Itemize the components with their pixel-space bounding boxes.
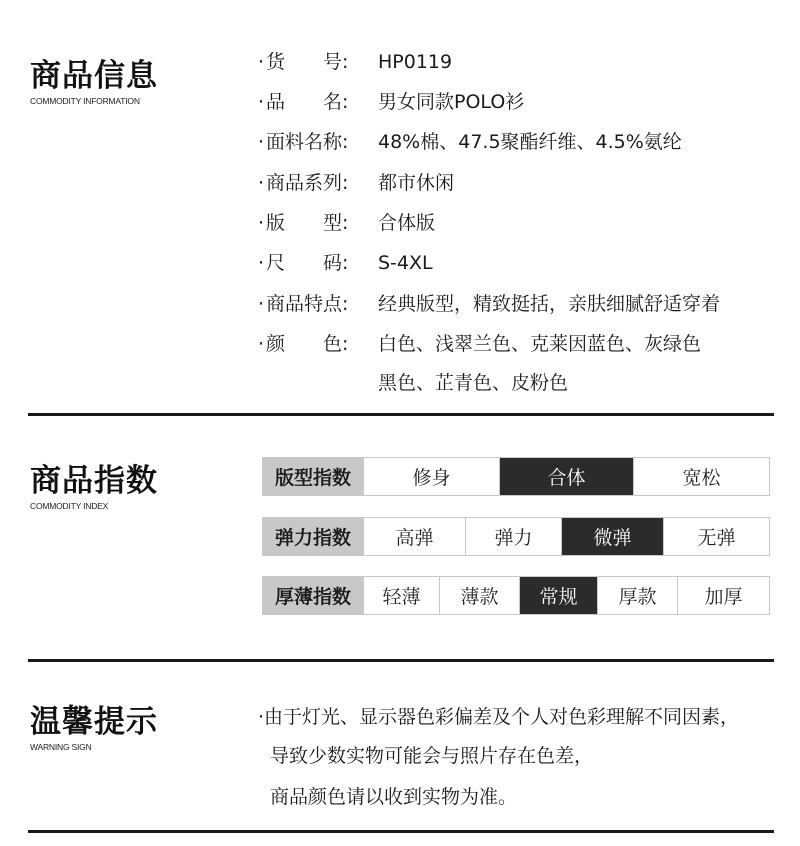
section-subtitle-info: COMMODITY INFORMATION [30, 96, 140, 106]
warning-line-1: ·由于灯光、显示器色彩偏差及个人对色彩理解不同因素， [258, 702, 739, 729]
index-option-regular-selected: 合体 [499, 458, 633, 495]
info-label: 面料名称: [266, 129, 378, 155]
info-row-features: ·商品特点:经典版型，精致挺括，亲肤细腻舒适穿着 [258, 291, 720, 317]
info-value: S-4XL [378, 250, 433, 276]
index-label: 版型指数 [263, 458, 363, 495]
bullet: · [258, 250, 266, 276]
info-value: 48%棉、47.5聚酯纤维、4.5%氨纶 [378, 129, 682, 155]
section-title-index: 商品指数 [30, 455, 158, 500]
bullet: · [258, 331, 266, 357]
info-label: 商品特点: [266, 291, 378, 317]
info-label: 尺 码: [266, 250, 378, 276]
bullet: · [258, 170, 266, 196]
bullet: · [258, 291, 266, 317]
bullet: · [258, 210, 266, 236]
index-option-light-thin: 轻薄 [363, 577, 439, 614]
bullet: · [258, 49, 266, 75]
info-row-colors-continued: 黑色、芷青色、皮粉色 [378, 370, 568, 396]
section-divider [28, 413, 774, 416]
info-value: 合体版 [378, 210, 435, 236]
index-option-loose: 宽松 [633, 458, 769, 495]
info-label: 版 型: [266, 210, 378, 236]
info-value: HP0119 [378, 49, 452, 75]
index-option-no-stretch: 无弹 [663, 518, 769, 555]
info-row-fit: ·版 型:合体版 [258, 210, 435, 236]
warning-line-2: 导致少数实物可能会与照片存在色差， [270, 741, 593, 768]
info-row-colors: ·颜 色:白色、浅翠兰色、克莱因蓝色、灰绿色 [258, 331, 701, 357]
section-subtitle-index: COMMODITY INDEX [30, 501, 108, 511]
index-option-slight-stretch-selected: 微弹 [561, 518, 663, 555]
info-row-item-no: ·货 号:HP0119 [258, 49, 452, 75]
bullet: · [258, 129, 266, 155]
index-option-thin: 薄款 [439, 577, 519, 614]
index-row-elasticity: 弹力指数 高弹 弹力 微弹 无弹 [262, 517, 770, 556]
section-title-info: 商品信息 [30, 50, 158, 95]
index-option-thick: 厚款 [597, 577, 677, 614]
info-label: 货 号: [266, 49, 378, 75]
index-row-thickness: 厚薄指数 轻薄 薄款 常规 厚款 加厚 [262, 576, 770, 615]
section-divider [28, 830, 774, 833]
warning-line-3: 商品颜色请以收到实物为准。 [270, 782, 517, 809]
section-divider [28, 659, 774, 662]
index-option-slim: 修身 [363, 458, 499, 495]
info-value: 男女同款POLO衫 [378, 89, 524, 115]
info-row-size: ·尺 码:S-4XL [258, 250, 433, 276]
info-row-series: ·商品系列:都市休闲 [258, 170, 454, 196]
index-option-extra-thick: 加厚 [677, 577, 769, 614]
info-row-name: ·品 名:男女同款POLO衫 [258, 89, 524, 115]
info-label: 商品系列: [266, 170, 378, 196]
index-option-regular-selected: 常规 [519, 577, 597, 614]
section-title-warning: 温馨提示 [30, 696, 158, 741]
bullet: · [258, 89, 266, 115]
index-option-high-stretch: 高弹 [363, 518, 465, 555]
info-label: 品 名: [266, 89, 378, 115]
info-value: 白色、浅翠兰色、克莱因蓝色、灰绿色 [378, 331, 701, 357]
info-label: 颜 色: [266, 331, 378, 357]
index-row-fit: 版型指数 修身 合体 宽松 [262, 457, 770, 496]
section-subtitle-warning: WARNING SIGN [30, 742, 92, 752]
index-label: 厚薄指数 [263, 577, 363, 614]
index-option-stretch: 弹力 [465, 518, 561, 555]
info-row-fabric: ·面料名称:48%棉、47.5聚酯纤维、4.5%氨纶 [258, 129, 682, 155]
index-label: 弹力指数 [263, 518, 363, 555]
info-value: 都市休闲 [378, 170, 454, 196]
info-value: 经典版型，精致挺括，亲肤细腻舒适穿着 [378, 291, 720, 317]
